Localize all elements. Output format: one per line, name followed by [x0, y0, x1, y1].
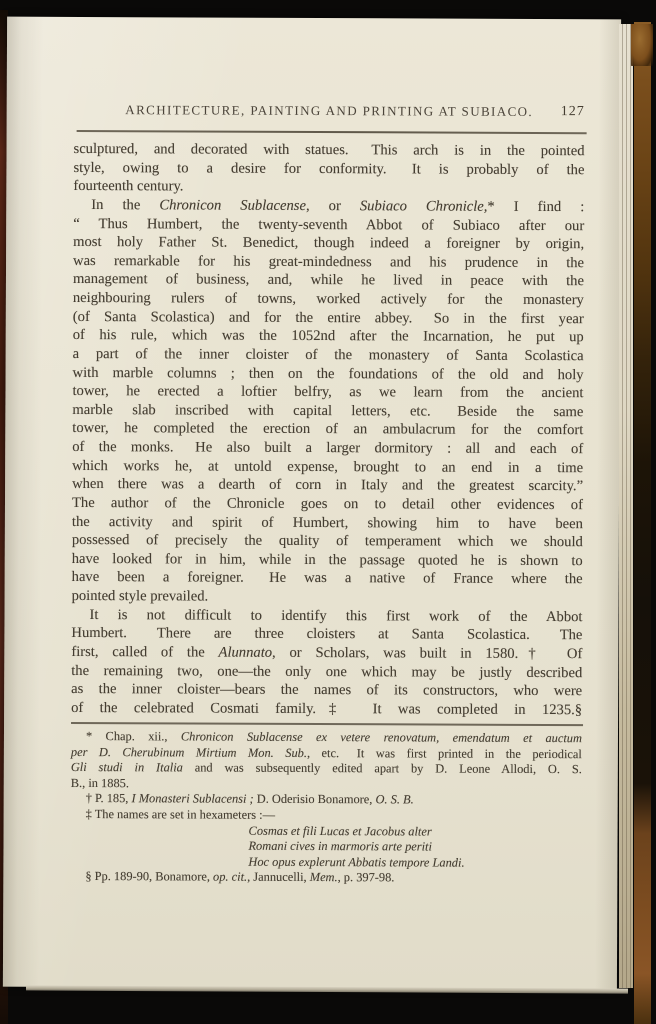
body-line: most holy Father St. Benedict, though in…: [73, 233, 584, 254]
book-page: ARCHITECTURE, PAINTING AND PRINTING AT S…: [3, 17, 621, 990]
body-line: fourteenth century.: [73, 177, 584, 198]
body-line: which works he, at untold expense, broug…: [72, 457, 583, 478]
body-line: the activity and spirit of Humbert, show…: [72, 512, 583, 533]
body-line: of his rule, which was the 1052nd after …: [73, 326, 584, 347]
body-line: first, called of the Alunnato, or Schola…: [71, 643, 582, 664]
body-line: of the celebrated Cosmati family.‡ It wa…: [71, 699, 582, 720]
book-cover-edge-right: [634, 22, 651, 1024]
page-number: 127: [561, 103, 585, 121]
page-stack-edge-right: [619, 24, 633, 988]
body-line: a part of the inner cloister of the mona…: [73, 345, 584, 366]
body-line: when there was a dearth of corn in Italy…: [72, 475, 583, 496]
body-line: of the monks. He also built a larger dor…: [72, 438, 583, 459]
body-line: style, owing to a desire for conformity.…: [73, 159, 584, 180]
body-line: tower, he completed the erection of an a…: [72, 419, 583, 440]
body-line: as the inner cloister—bears the names of…: [71, 680, 582, 701]
footnote-line: ‡ The names are set in hexameters :—: [71, 807, 582, 825]
body-line: It is not difficult to identify this fir…: [71, 606, 582, 627]
body-line: have been a foreigner. He was a native o…: [72, 568, 583, 589]
body-line: “ Thus Humbert, the twenty-seventh Abbot…: [73, 214, 584, 235]
footnote-line: Gli studi in Italia and was subsequently…: [71, 760, 582, 778]
running-header: ARCHITECTURE, PAINTING AND PRINTING AT S…: [74, 101, 585, 123]
body-line: have looked for in him, while in the pas…: [72, 550, 583, 571]
body-line: tower, he erected a loftier belfry, as w…: [72, 382, 583, 403]
body-line: (of Santa Scolastica) and for the entire…: [73, 308, 584, 329]
body-line: In the Chronicon Sublacense, or Subiaco …: [73, 196, 584, 217]
book-scan: ARCHITECTURE, PAINTING AND PRINTING AT S…: [0, 0, 656, 1024]
header-rule: [77, 130, 587, 134]
body-line: was remarkable for his great-mindedness …: [73, 252, 584, 273]
body-line: neighbouring rulers of towns, worked act…: [73, 289, 584, 310]
footnote-rule: [71, 722, 583, 726]
running-header-title: ARCHITECTURE, PAINTING AND PRINTING AT S…: [74, 101, 585, 121]
body-line: possessed of precisely the quality of te…: [72, 531, 583, 552]
body-line: management of business, and, while he li…: [73, 270, 584, 291]
footnotes: * Chap. xii., Chronicon Sublacense ex ve…: [70, 729, 582, 887]
body-line: pointed style prevailed.: [72, 587, 583, 608]
body-text: sculptured, and decorated with statues. …: [71, 140, 585, 720]
body-line: Humbert. There are three cloisters at Sa…: [71, 624, 582, 645]
body-line: sculptured, and decorated with statues. …: [74, 140, 585, 161]
body-line: The author of the Chronicle goes on to d…: [72, 494, 583, 515]
body-line: marble slab inscribed with capital lette…: [72, 401, 583, 422]
body-line: the remaining two, one—the only one whic…: [71, 661, 582, 682]
footnote-line: § Pp. 189-90, Bonamore, op. cit., Jannuc…: [70, 869, 581, 887]
body-line: with marble columns ; then on the founda…: [73, 363, 584, 384]
